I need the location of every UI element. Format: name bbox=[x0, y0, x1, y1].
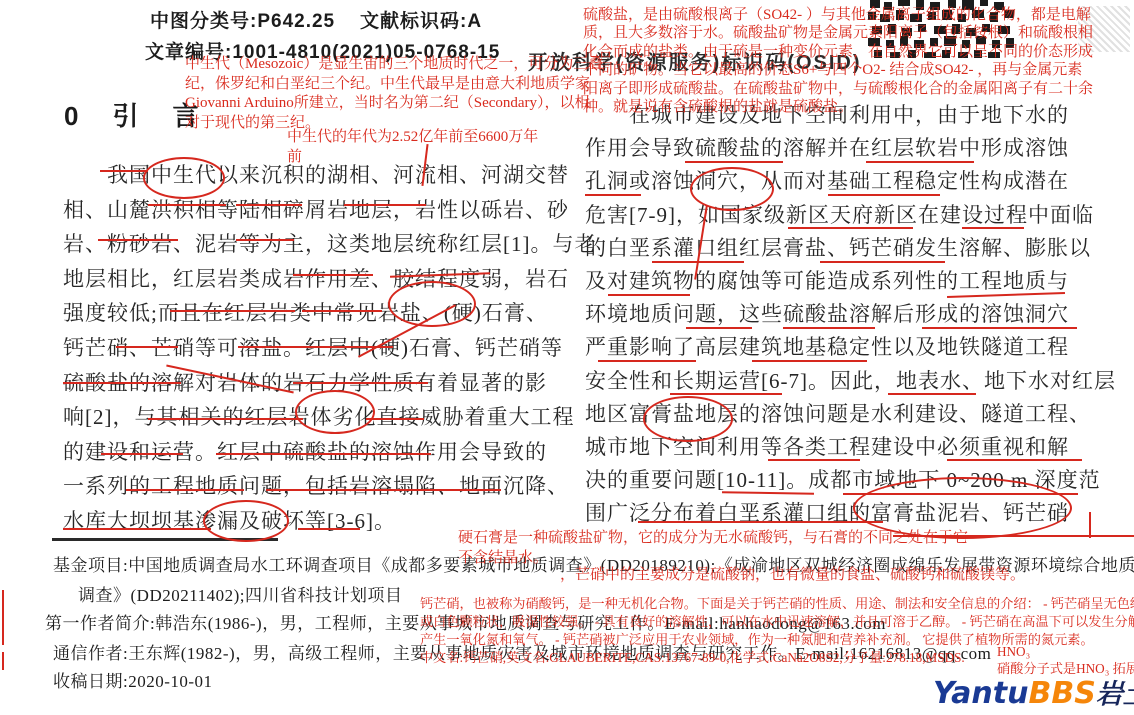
annotation-anhydrite-note: 硬石膏是一种硫酸盐矿物，它的成分为无水硫酸钙，与石膏的不同之处在于它 不含结晶水… bbox=[458, 529, 968, 568]
annotation-stroke bbox=[366, 418, 424, 420]
section-heading: 0 引 言 bbox=[64, 96, 202, 133]
annotation-stroke bbox=[893, 535, 1134, 537]
text-line: 相、山麓洪积相等陆相碎屑岩地层，岩性以砾岩、砂 bbox=[63, 193, 596, 228]
received-date: 收稿日期:2020-10-01 bbox=[53, 667, 213, 692]
annotation-line: 中生代的年代为2.52亿年前至6600万年 bbox=[287, 128, 538, 148]
circle-mark bbox=[643, 396, 733, 442]
annotation-stroke bbox=[670, 393, 782, 395]
annotation-stroke bbox=[100, 170, 148, 172]
yantubbs-logo: YantuBBS岩土在线 bbox=[933, 672, 1134, 711]
annotation-sulfate-note: 硫酸盐，是由硫酸根离子（SO42- ）与其他金属离子组成的化合物，都是电解 质，… bbox=[583, 6, 1093, 116]
annotation-line: 阳离子即形成硫酸盐。在硫酸盐矿物中，与硫酸根化合的金属阳离子有二十余 bbox=[583, 80, 1093, 98]
text-line: 一系列的工程地质问题，包括岩溶塌陷、地面沉降、 bbox=[63, 469, 596, 504]
document-code: 文献标识码:A bbox=[360, 6, 482, 33]
annotation-line: 钙芒硝，也被称为硝酸钙，是一种无机化合物。下面是关于钙芒硝的性质、用途、制法和安… bbox=[420, 595, 1134, 613]
annotation-stroke bbox=[101, 453, 183, 455]
annotation-line: 化合而成的盐类。由于硫是一种变价元素，在自然界它可以呈不同的价态形成 bbox=[583, 43, 1093, 61]
annotation-stroke bbox=[652, 261, 744, 263]
annotation-stroke bbox=[98, 239, 178, 241]
text-line: 安全性和长期运营[6-7]。因此，地表水、地下水对红层 bbox=[585, 365, 1116, 398]
text-line: 强度较低;而且在红层岩类中常见岩盐、(硬)石膏、 bbox=[63, 296, 596, 331]
annotation-stroke bbox=[922, 327, 1077, 329]
annotation-stroke bbox=[298, 528, 360, 530]
text-line: 地层相比，红层岩类成岩作用差、胶结程度弱，岩石 bbox=[63, 262, 596, 297]
annotation-stroke bbox=[238, 346, 393, 348]
annotation-stroke bbox=[962, 227, 1024, 229]
annotation-stroke bbox=[947, 459, 1082, 461]
circle-mark bbox=[388, 281, 476, 327]
logo-cn: 岩土在线 bbox=[1096, 679, 1134, 709]
annotation-stroke bbox=[783, 327, 875, 329]
annotation-stroke bbox=[866, 161, 974, 163]
paper-page: 中图分类号:P642.25 文献标识码:A 文章编号:1001-4810(202… bbox=[0, 0, 1134, 715]
circle-mark bbox=[143, 157, 225, 199]
logo-bbs: BBS bbox=[1028, 676, 1095, 711]
intro-paragraph-right: 在城市建设及地下空间利用中，由于地下水的 作用会导致硫酸盐的溶解并在红层软岩中形… bbox=[585, 99, 1116, 531]
annotation-hno3-formula: HNO₃ bbox=[997, 643, 1030, 661]
circle-mark bbox=[690, 167, 774, 211]
annotation-stroke bbox=[63, 382, 181, 384]
annotation-stroke bbox=[344, 204, 426, 206]
annotation-stroke bbox=[686, 327, 752, 329]
annotation-stroke bbox=[1089, 512, 1091, 538]
annotation-stroke bbox=[585, 194, 641, 196]
logo-yantu: Yantu bbox=[933, 676, 1028, 711]
annotation-stroke bbox=[2, 652, 4, 670]
intro-paragraph-left: 我国中生代以来沉积的湖相、河流相、河湖交替 相、山麓洪积相等陆相碎屑岩地层，岩性… bbox=[63, 158, 596, 539]
annotation-stroke bbox=[685, 161, 783, 163]
annotation-mesozoic-note: 中生代（Mesozoic）是显生宙的三个地质时代之一，可分为三叠 纪，侏罗纪和白… bbox=[185, 55, 603, 133]
annotation-line: 或白色颗粒状，吸湿性较强。 - 具有良好的溶解性，可以在水中迅速溶解，并且可溶于… bbox=[420, 613, 1134, 631]
circle-mark bbox=[295, 390, 375, 434]
annotation-stroke bbox=[302, 310, 382, 312]
circle-mark bbox=[853, 477, 1072, 539]
annotation-stroke bbox=[170, 310, 295, 312]
annotation-stroke bbox=[126, 489, 244, 491]
annotation-stroke bbox=[293, 274, 373, 276]
annotation-stroke bbox=[148, 418, 303, 420]
annotation-line: 不同的矿物。当它以最高的价态S6+与四个O2- 结合成SO42- ，再与金属元素 bbox=[583, 61, 1093, 79]
annotation-stroke bbox=[293, 382, 428, 384]
clc-number: 中图分类号:P642.25 bbox=[150, 6, 335, 33]
annotation-stroke bbox=[788, 227, 913, 229]
annotation-stroke bbox=[116, 346, 178, 348]
annotation-line: 硬石膏是一种硫酸盐矿物，它的成分为无水硫酸钙，与石膏的不同之处在于它 bbox=[458, 529, 968, 549]
annotation-stroke bbox=[828, 194, 940, 196]
circle-mark bbox=[203, 500, 289, 542]
annotation-stroke bbox=[598, 360, 696, 362]
text-line: 作用会导致硫酸盐的溶解并在红层软岩中形成溶蚀 bbox=[585, 132, 1116, 165]
annotation-line: 前 bbox=[287, 148, 538, 168]
annotation-stroke bbox=[752, 360, 867, 362]
annotation-stroke bbox=[768, 459, 860, 461]
annotation-stroke bbox=[888, 393, 976, 395]
annotation-stroke bbox=[638, 521, 883, 523]
annotation-stroke bbox=[216, 453, 431, 455]
text-line: 钙芒硝、芒硝等可溶盐。红层中(硬)石膏、钙芒硝等 bbox=[63, 331, 596, 366]
annotation-stroke bbox=[148, 204, 226, 206]
annotation-stroke bbox=[236, 204, 302, 206]
annotation-stroke bbox=[266, 489, 501, 491]
fund-project-line2: 调查》(DD20211402);四川省科技计划项目 bbox=[78, 581, 402, 606]
annotation-stroke bbox=[2, 590, 4, 645]
annotation-line: 纪，侏罗纪和白垩纪三个纪。中生代最早是由意大利地质学家 bbox=[185, 75, 603, 95]
annotation-line: 种。就是说有含硫酸根的盐就是硫酸盐。 bbox=[583, 98, 1093, 116]
annotation-line: Giovanni Arduino所建立，当时名为第二纪（Secondary），以… bbox=[185, 94, 603, 114]
text-line: 岩、粉砂岩、泥岩等为主，这类地层统称红层[1]。与老 bbox=[63, 227, 596, 262]
annotation-stroke bbox=[63, 528, 211, 530]
annotation-line: 质，且大多数溶于水。硫酸盐矿物是金属元素阳离子（包括铵根）和硫酸根相 bbox=[583, 24, 1093, 42]
annotation-line: 中生代（Mesozoic）是显生宙的三个地质时代之一，可分为三叠 bbox=[185, 55, 603, 75]
annotation-line: 硫酸盐，是由硫酸根离子（SO42- ）与其他金属离子组成的化合物，都是电解 bbox=[583, 6, 1093, 24]
annotation-stroke bbox=[236, 239, 294, 241]
annotation-mesozoic-age: 中生代的年代为2.52亿年前至6600万年 前 bbox=[287, 128, 538, 167]
annotation-stroke bbox=[820, 261, 945, 263]
annotation-stroke bbox=[608, 294, 690, 296]
annotation-mirabilite-note: ，芒硝中的主要成分是硫酸钠，也有微量的食盐、硫酸钙和硫酸镁等。 bbox=[560, 566, 1025, 586]
